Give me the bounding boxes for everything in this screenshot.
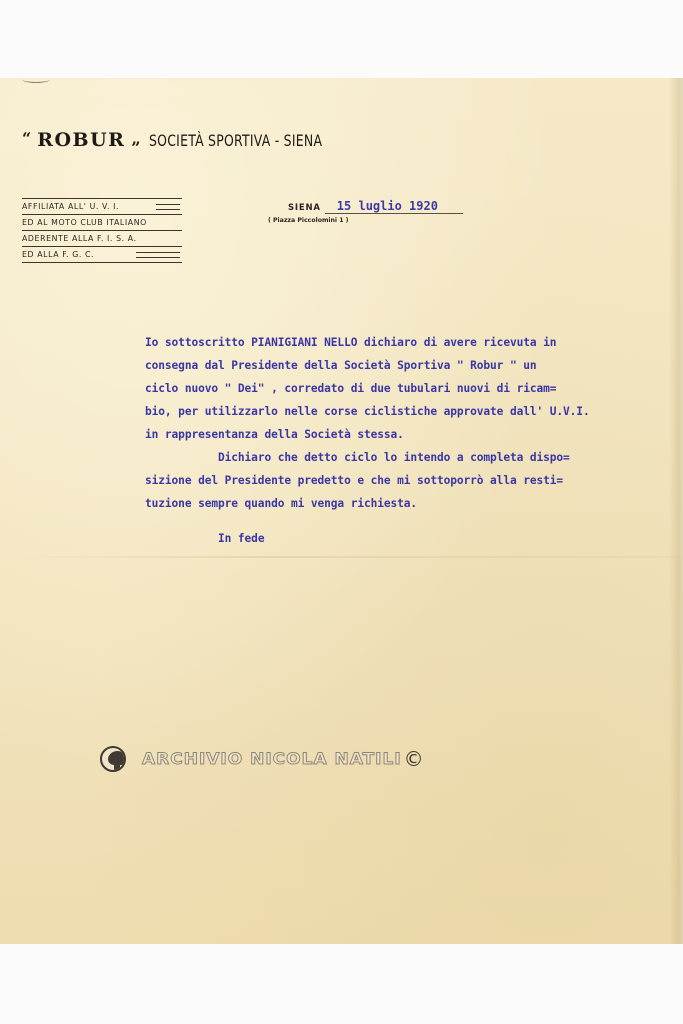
affiliation-item: AFFILIATA ALL' U. V. I. [22,199,182,215]
affiliation-text: AFFILIATA ALL' U. V. I. [22,202,119,211]
bird-head-logo-icon [100,746,126,772]
copyright-icon: © [404,749,424,769]
affiliation-item: ADERENTE ALLA F. I. S. A. [22,231,182,247]
affiliation-text: ED AL MOTO CLUB ITALIANO [22,218,147,227]
letter-date: 15 luglio 1920 [325,199,463,214]
body-line: sizione del Presidente predetto e che mi… [145,469,683,492]
body-line: Dichiaro che detto ciclo lo intendo a co… [145,446,683,469]
body-line: consegna dal Presidente della Società Sp… [145,354,683,377]
body-line: Io sottoscritto PIANIGIANI NELLO dichiar… [145,331,683,354]
letterhead-title: “ ROBUR „ SOCIETÀ SPORTIVA - SIENA [22,129,371,151]
body-line: in rappresentanza della Società stessa. [145,423,683,446]
double-rule [156,204,180,210]
dateline: SIENA15 luglio 1920 ( Piazza Piccolomini… [288,197,463,224]
fold-line [0,556,683,558]
paper-curl [22,78,50,83]
letter-body: Io sottoscritto PIANIGIANI NELLO dichiar… [145,331,683,550]
document-page: “ ROBUR „ SOCIETÀ SPORTIVA - SIENA AFFIL… [0,78,683,944]
open-quote: “ [22,129,31,148]
body-line: bio, per utilizzarlo nelle corse ciclist… [145,400,683,423]
body-line: tuzione sempre quando mi venga richiesta… [145,492,683,515]
close-quote: „ [131,129,140,148]
brand-name: ROBUR [37,129,125,151]
affiliations-block: AFFILIATA ALL' U. V. I. ED AL MOTO CLUB … [22,198,182,263]
affiliation-text: ED ALLA F. G. C. [22,250,94,259]
address-label: ( Piazza Piccolomini 1 ) [268,217,463,224]
city-label: SIENA [288,203,321,213]
archive-watermark: ARCHIVIO NICOLA NATILI © [100,746,424,772]
affiliation-item: ED AL MOTO CLUB ITALIANO [22,215,182,231]
body-line: ciclo nuovo " Dei" , corredato di due tu… [145,377,683,400]
closing-line: In fede [145,527,683,550]
affiliation-text: ADERENTE ALLA F. I. S. A. [22,234,137,243]
letterhead-subtitle: SOCIETÀ SPORTIVA - SIENA [149,131,322,150]
double-rule [136,252,180,258]
affiliation-item: ED ALLA F. G. C. [22,247,182,263]
watermark-text: ARCHIVIO NICOLA NATILI [142,750,402,769]
